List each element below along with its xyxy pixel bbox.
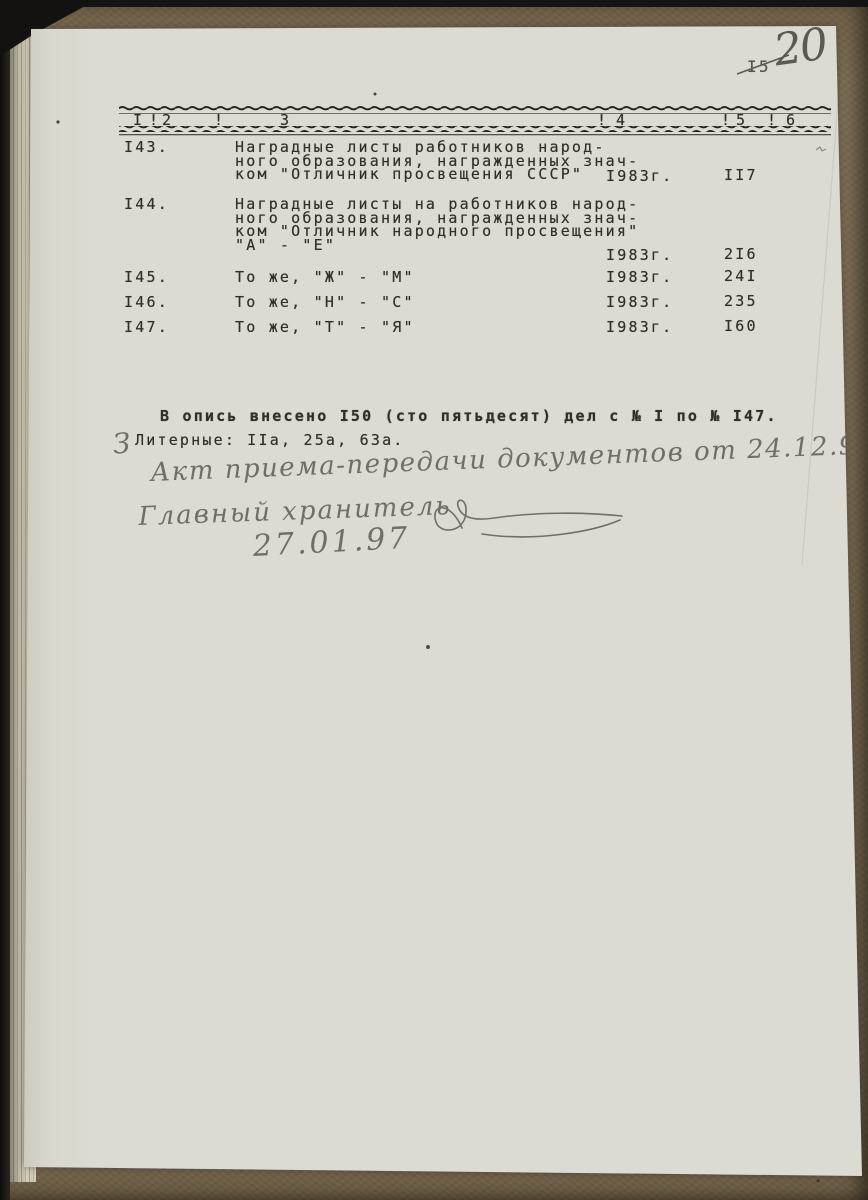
old-page-number: I5 bbox=[747, 57, 771, 76]
column-header-3: 3 bbox=[280, 111, 291, 129]
column-separator: ! bbox=[767, 111, 778, 129]
liternye-line: Литерные: IIа, 25а, 63а. bbox=[135, 431, 405, 449]
handwritten-page-number: 20 bbox=[771, 19, 830, 77]
column-separator: ! bbox=[214, 111, 225, 129]
row-year: I983г. bbox=[606, 318, 673, 336]
row-number: I45. bbox=[124, 268, 169, 286]
column-header-6: 6 bbox=[786, 111, 797, 129]
row-title-line: То же, "Ж" - "М" bbox=[235, 268, 415, 286]
row-title-line: ком "Отличник просвещения СССР" bbox=[235, 165, 583, 183]
row-number: I43. bbox=[124, 138, 169, 156]
row-count: 2I6 bbox=[724, 245, 758, 263]
row-count: II7 bbox=[724, 166, 758, 184]
column-header-5: 5 bbox=[736, 111, 747, 129]
paper-sheet-wrap: I5 20 I ! 2 ! 3 ! 4 ! 5 ! 6 I43. Наградн… bbox=[0, 0, 868, 1200]
row-count: I60 bbox=[724, 317, 758, 335]
scanned-archive-page: I5 20 I ! 2 ! 3 ! 4 ! 5 ! 6 I43. Наградн… bbox=[0, 0, 868, 1200]
column-separator: ! bbox=[721, 111, 732, 129]
row-count: 235 bbox=[724, 292, 758, 310]
row-year: I983г. bbox=[606, 293, 673, 311]
handwritten-date: 27.01.97 bbox=[252, 521, 411, 564]
row-year: I983г. bbox=[606, 167, 673, 185]
summary-line: В опись внесено I50 (сто пятьдесят) дел … bbox=[160, 407, 778, 425]
row-title-line: "А" - "Е" bbox=[235, 236, 336, 254]
row-year: I983г. bbox=[606, 268, 673, 286]
column-header-2: 2 bbox=[162, 111, 173, 129]
column-header-4: 4 bbox=[616, 111, 627, 129]
row-count: 24I bbox=[724, 267, 758, 285]
row-number: I44. bbox=[124, 195, 169, 213]
column-separator: ! bbox=[597, 111, 608, 129]
row-title-line: То же, "Н" - "С" bbox=[235, 293, 415, 311]
row-year: I983г. bbox=[606, 246, 673, 264]
signature bbox=[424, 494, 634, 548]
column-header-1: I bbox=[133, 111, 144, 129]
row-title-line: То же, "Т" - "Я" bbox=[235, 318, 415, 336]
column-separator: ! bbox=[149, 111, 160, 129]
handwritten-liternye-count: З bbox=[112, 426, 132, 460]
row-number: I47. bbox=[124, 318, 169, 336]
paper-sheet: I5 20 I ! 2 ! 3 ! 4 ! 5 ! 6 I43. Наградн… bbox=[0, 0, 868, 1200]
row-number: I46. bbox=[124, 293, 169, 311]
